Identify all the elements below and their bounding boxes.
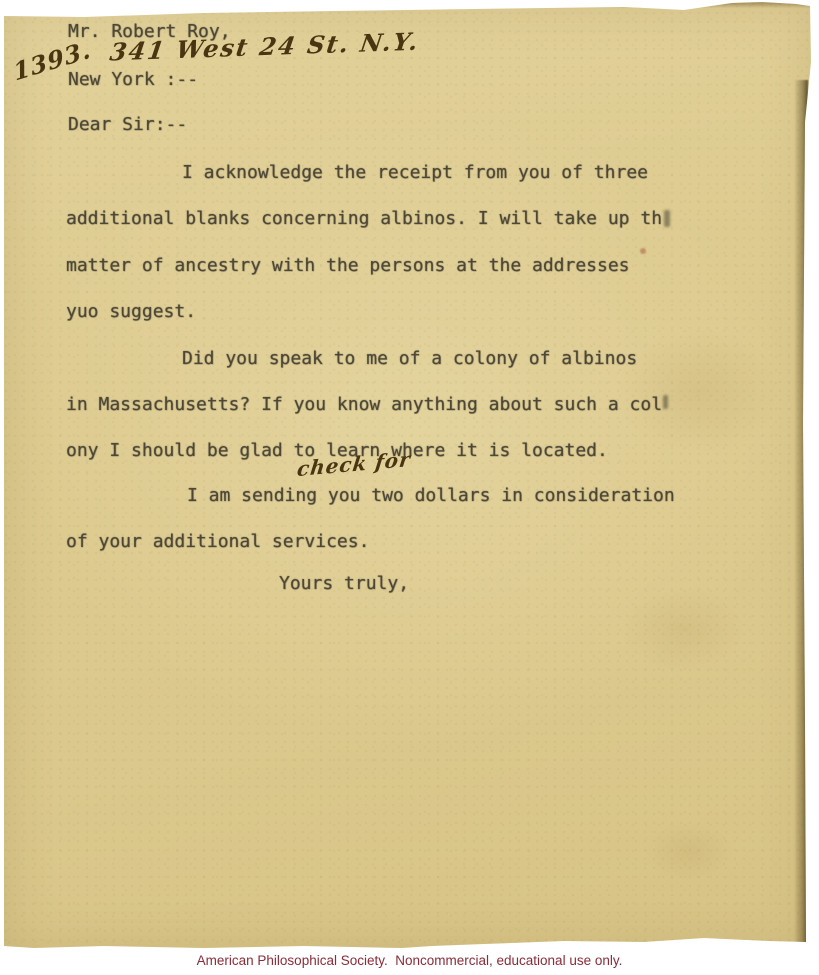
city-line: New York :-- <box>68 69 198 91</box>
salutation: Dear Sir:-- <box>68 114 187 136</box>
typed-line: matter of ancestry with the persons at t… <box>66 255 630 277</box>
typed-line: yuo suggest. <box>66 301 196 323</box>
typed-line: I acknowledge the receipt from you of th… <box>182 162 648 184</box>
typed-line: in Massachusetts? If you know anything a… <box>66 394 662 416</box>
cut-off-letter-smudge <box>663 395 668 409</box>
typed-line: I am sending you two dollars in consider… <box>187 485 675 507</box>
letter-paper: Mr. Robert Roy, 341 West 24 St. N.Y. 139… <box>4 2 812 952</box>
paper-torn-top-edge <box>4 2 812 8</box>
cut-off-letter-smudge <box>664 210 670 227</box>
ink-fleck <box>640 248 646 254</box>
closing-line: Yours truly, <box>279 573 409 595</box>
typed-line: additional blanks concerning albinos. I … <box>66 208 662 230</box>
archive-caption: American Philosophical Society. Noncomme… <box>0 953 819 968</box>
typed-line: Did you speak to me of a colony of albin… <box>182 348 637 370</box>
paper-stain <box>644 822 734 882</box>
scanned-letter-page: Mr. Robert Roy, 341 West 24 St. N.Y. 139… <box>0 0 819 975</box>
paper-right-edge-shadow <box>794 80 808 944</box>
typed-line: of your additional services. <box>66 531 369 553</box>
